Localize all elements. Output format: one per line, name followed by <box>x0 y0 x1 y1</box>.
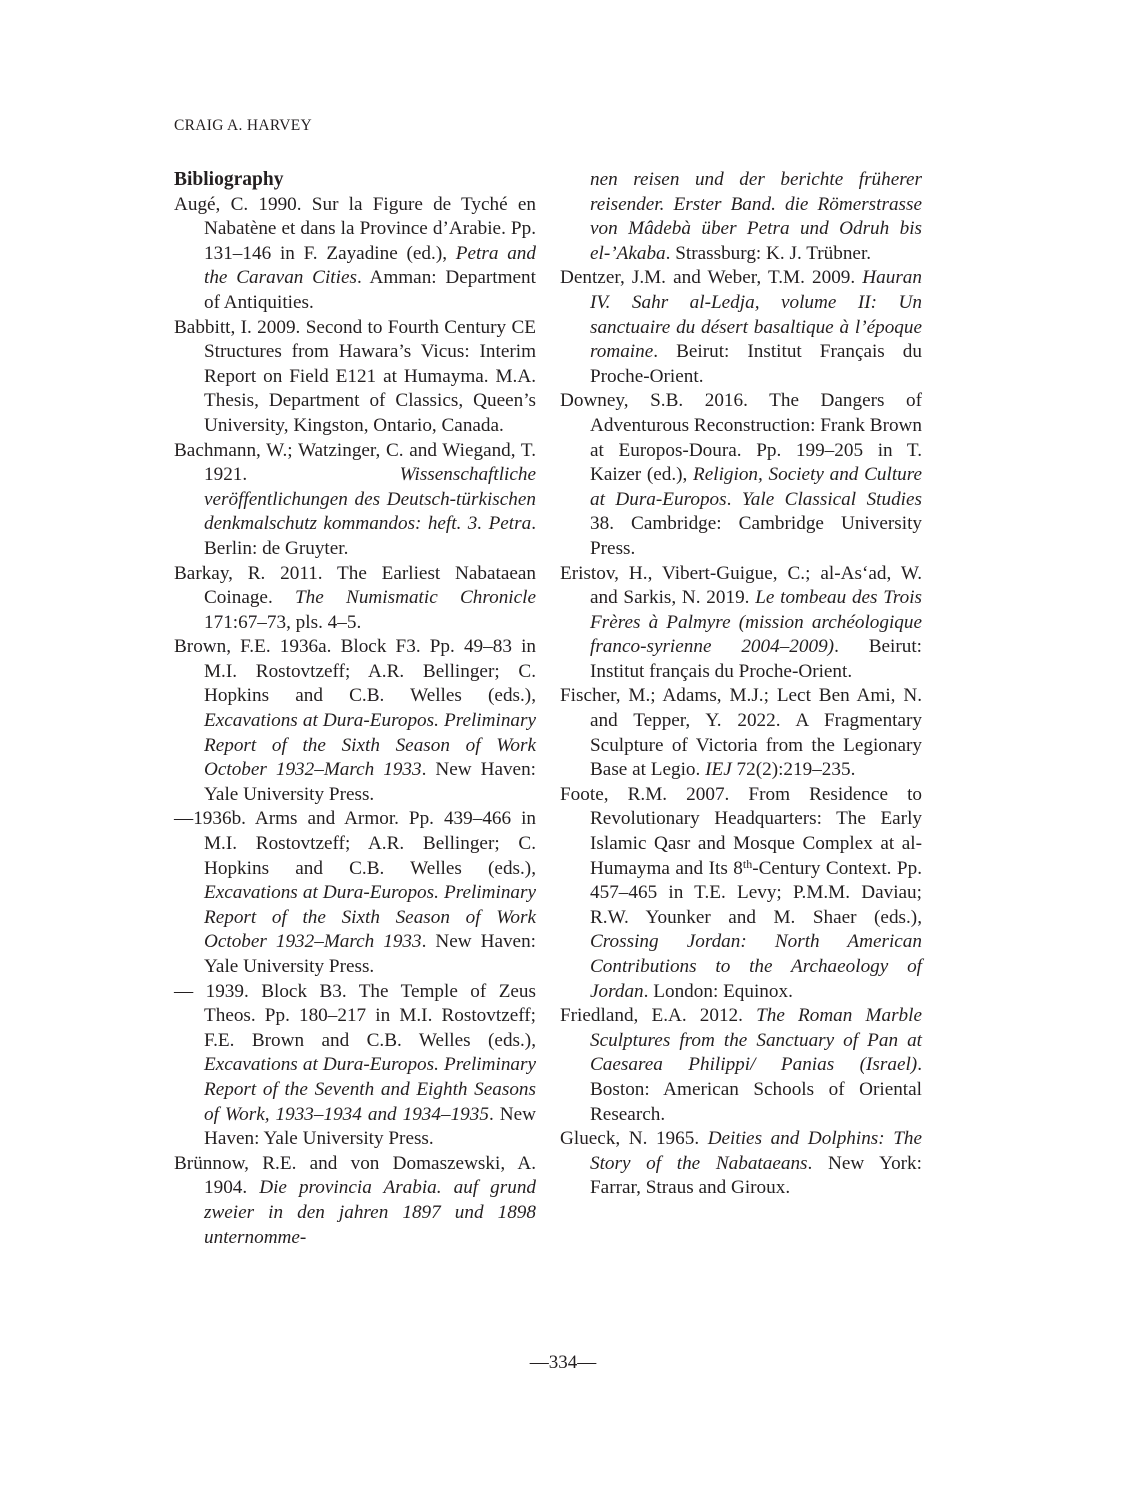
bibliography-left-column: Bibliography Augé, C. 1990. Sur la Figur… <box>174 168 536 1250</box>
italic-title: The Numismatic Chronicle <box>295 587 536 608</box>
bibliography-right-column: nen reisen und der berichte früherer rei… <box>560 168 922 1201</box>
bibliography-entry: Brünnow, R.E. and von Domaszewski, A. 19… <box>174 1152 536 1250</box>
entry-text: . <box>727 489 742 510</box>
bibliography-entry: Downey, S.B. 2016. The Dangers of Advent… <box>560 389 922 561</box>
bibliography-entry: Augé, C. 1990. Sur la Figure de Tyché en… <box>174 193 536 316</box>
bibliography-entry: Bachmann, W.; Watzinger, C. and Wiegand,… <box>174 439 536 562</box>
entry-text: Brown, F.E. 1936a. Block F3. Pp. 49–83 i… <box>174 636 536 706</box>
entry-text: 171:67–73, pls. 4–5. <box>204 612 361 633</box>
bibliography-entry: Babbitt, I. 2009. Second to Fourth Centu… <box>174 316 536 439</box>
running-head: CRAIG A. HARVEY <box>174 117 312 135</box>
bibliography-entry: — 1939. Block B3. The Temple of Zeus The… <box>174 980 536 1152</box>
entry-text: Babbitt, I. 2009. Second to Fourth Centu… <box>174 317 536 436</box>
entry-text: . London: Equinox. <box>644 981 793 1002</box>
section-heading: Bibliography <box>174 168 536 193</box>
bibliography-entry: Friedland, E.A. 2012. The Roman Marble S… <box>560 1004 922 1127</box>
bibliography-entry: Eristov, H., Vibert-Guigue, C.; al-As‘ad… <box>560 562 922 685</box>
bibliography-entry: Barkay, R. 2011. The Earliest Nabataean … <box>174 562 536 636</box>
bibliography-entry: Dentzer, J.M. and Weber, T.M. 2009. Haur… <box>560 266 922 389</box>
bibliography-entry: Glueck, N. 1965. Deities and Dolphins: T… <box>560 1127 922 1201</box>
bibliography-entry: Fischer, M.; Adams, M.J.; Lect Ben Ami, … <box>560 684 922 782</box>
superscript: th <box>743 857 752 871</box>
entry-text: —1936b. Arms and Armor. Pp. 439–466 in M… <box>174 808 536 878</box>
entry-text: . Strassburg: K. J. Trübner. <box>666 243 871 264</box>
page-number: —334— <box>0 1352 1126 1374</box>
entry-text: — 1939. Block B3. The Temple of Zeus The… <box>174 981 536 1051</box>
entry-text: Friedland, E.A. 2012. <box>560 1005 756 1026</box>
entry-text: Dentzer, J.M. and Weber, T.M. 2009. <box>560 267 862 288</box>
entry-text: 38. Cambridge: Cambridge University Pres… <box>590 513 922 559</box>
italic-title: Excavations at Dura-Europos. Preliminary… <box>204 1054 536 1124</box>
entry-text: Glueck, N. 1965. <box>560 1128 708 1149</box>
bibliography-entry: Brown, F.E. 1936a. Block F3. Pp. 49–83 i… <box>174 635 536 807</box>
left-entries: Augé, C. 1990. Sur la Figure de Tyché en… <box>174 193 536 1251</box>
bibliography-entry: Foote, R.M. 2007. From Residence to Revo… <box>560 783 922 1004</box>
italic-title: IEJ <box>705 759 732 780</box>
bibliography-entry: —1936b. Arms and Armor. Pp. 439–466 in M… <box>174 807 536 979</box>
italic-title: Yale Classical Studies <box>742 489 922 510</box>
right-entries: Dentzer, J.M. and Weber, T.M. 2009. Haur… <box>560 266 922 1201</box>
entry-text: 72(2):219–235. <box>732 759 856 780</box>
bibliography-entry-continuation: nen reisen und der berichte früherer rei… <box>560 168 922 266</box>
